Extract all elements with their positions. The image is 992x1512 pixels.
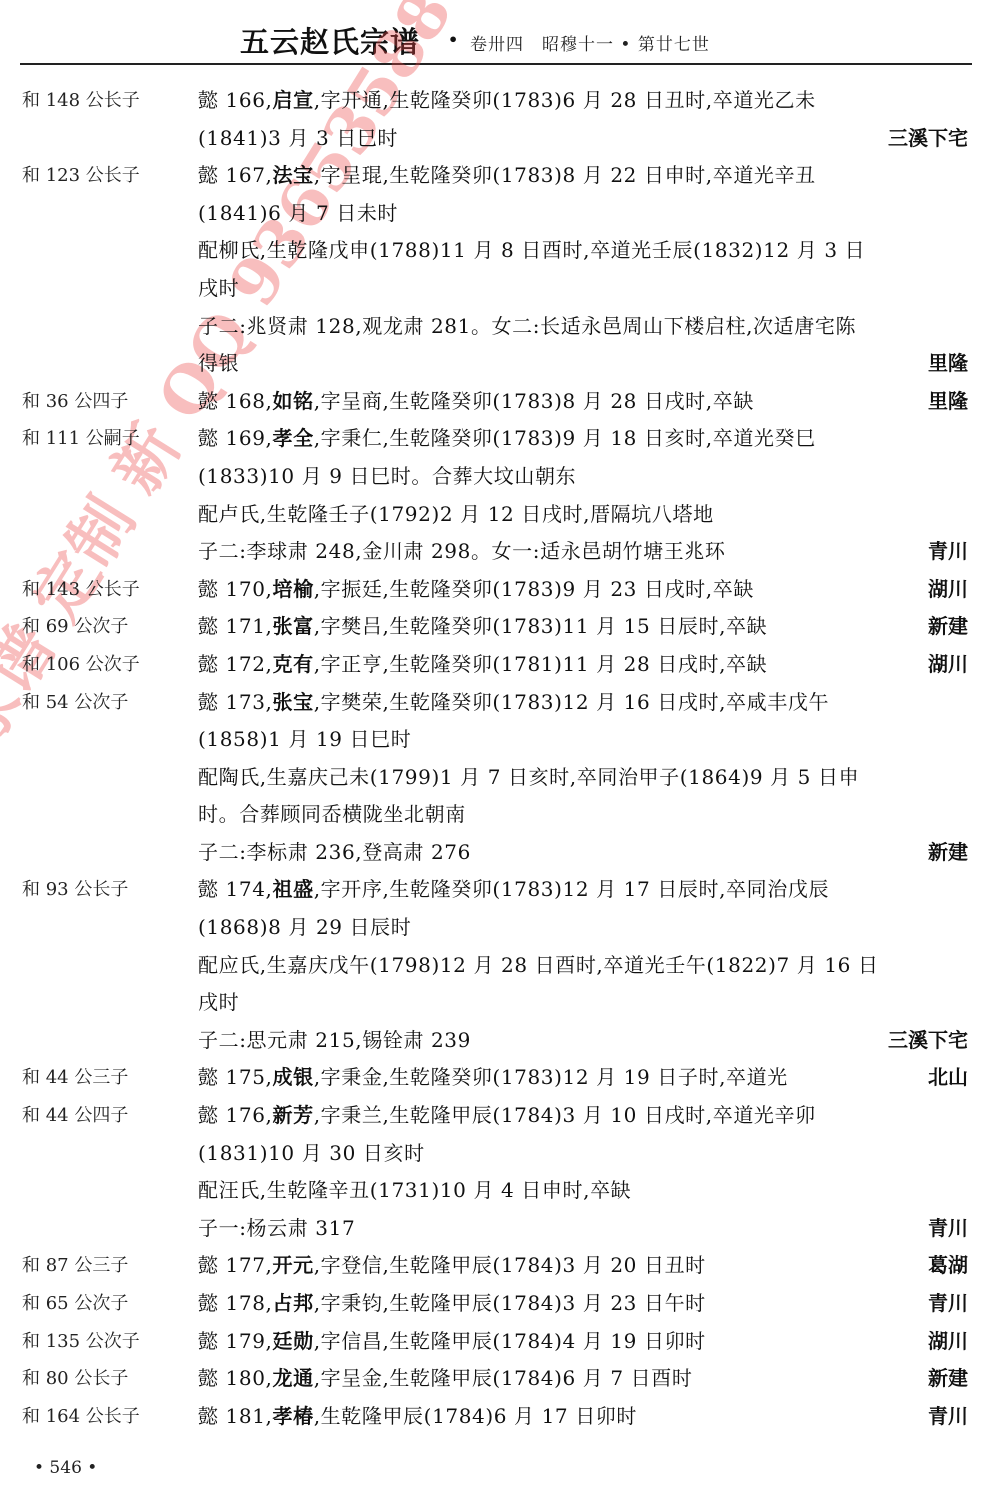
entry-body: ,字樊吕,生乾隆癸卯(1783)11 月 15 日辰时,卒缺 (314, 614, 768, 638)
person-name: 克有 (273, 652, 314, 676)
entry-line: 配汪氏,生乾隆辛丑(1731)10 月 4 日申时,卒缺 (0, 1172, 992, 1210)
entry-body: 配卢氏,生乾隆壬子(1792)2 月 12 日戌时,厝隔坑八塔地 (198, 502, 714, 526)
residence-place: 新建 (928, 834, 968, 872)
entry-id: 懿 171, (198, 614, 273, 638)
entry-line: 和 143 公长子懿 170,培榆,字振廷,生乾隆癸卯(1783)9 月 23 … (0, 571, 992, 609)
entry-body: ,字开序,生乾隆癸卯(1783)12 月 17 日辰时,卒同治戊辰 (314, 877, 829, 901)
entry-line: 和 111 公嗣子懿 169,孝全,字秉仁,生乾隆癸卯(1783)9 月 18 … (0, 420, 992, 458)
residence-place: 青川 (928, 1285, 968, 1323)
person-name: 成银 (273, 1065, 314, 1089)
entry-line: (1858)1 月 19 日巳时 (0, 721, 992, 759)
entry-text: 配汪氏,生乾隆辛丑(1731)10 月 4 日申时,卒缺 (198, 1172, 631, 1210)
entry-text: (1833)10 月 9 日巳时。合葬大坟山朝东 (198, 458, 576, 496)
entry-line: 和 44 公四子懿 176,新芳,字秉兰,生乾隆甲辰(1784)3 月 10 日… (0, 1097, 992, 1135)
parent-label: 和 123 公长子 (22, 157, 140, 195)
entry-text: 子二:思元肃 215,锡铨肃 239 (198, 1022, 471, 1060)
residence-place: 三溪下宅 (888, 1022, 968, 1060)
entry-line: 子二:兆贤肃 128,观龙肃 281。女二:长适永邑周山下楼启柱,次适唐宅陈 (0, 308, 992, 346)
entry-line: 子二:李球肃 248,金川肃 298。女一:适永邑胡竹塘王兆环青川 (0, 533, 992, 571)
entry-body: 子二:思元肃 215,锡铨肃 239 (198, 1028, 471, 1052)
entry-line: (1831)10 月 30 日亥时 (0, 1135, 992, 1173)
entry-text: 子二:李球肃 248,金川肃 298。女一:适永邑胡竹塘王兆环 (198, 533, 726, 571)
entry-body: 配陶氏,生嘉庆己未(1799)1 月 7 日亥时,卒同治甲子(1864)9 月 … (198, 765, 859, 789)
entry-body: ,字信昌,生乾隆甲辰(1784)4 月 19 日卯时 (314, 1329, 706, 1353)
entry-id: 懿 167, (198, 163, 273, 187)
entry-id: 懿 169, (198, 426, 273, 450)
entry-line: (1868)8 月 29 日辰时 (0, 909, 992, 947)
parent-label: 和 87 公三子 (22, 1247, 128, 1285)
entry-body: ,字秉兰,生乾隆甲辰(1784)3 月 10 日戌时,卒道光辛卯 (314, 1103, 816, 1127)
entry-text: 懿 173,张宝,字樊荣,生乾隆癸卯(1783)12 月 16 日戌时,卒咸丰戊… (198, 684, 829, 722)
parent-label: 和 36 公四子 (22, 383, 128, 421)
title-separator: • (448, 30, 458, 49)
entry-body: 子二:兆贤肃 128,观龙肃 281。女二:长适永邑周山下楼启柱,次适唐宅陈 (198, 314, 856, 338)
entry-text: 懿 170,培榆,字振廷,生乾隆癸卯(1783)9 月 23 日戌时,卒缺 (198, 571, 754, 609)
person-name: 开元 (273, 1253, 314, 1277)
entry-line: 和 106 公次子懿 172,克有,字正亨,生乾隆癸卯(1781)11 月 28… (0, 646, 992, 684)
residence-place: 湖川 (928, 1323, 968, 1361)
entry-body: 戌时 (198, 990, 239, 1014)
entry-id: 懿 178, (198, 1291, 273, 1315)
person-name: 祖盛 (273, 877, 314, 901)
header-rule (20, 63, 972, 65)
entry-id: 懿 175, (198, 1065, 273, 1089)
entry-text: 懿 169,孝全,字秉仁,生乾隆癸卯(1783)9 月 18 日亥时,卒道光癸巳 (198, 420, 816, 458)
entry-body: ,字正亨,生乾隆癸卯(1781)11 月 28 日戌时,卒缺 (314, 652, 768, 676)
book-title: 五云赵氏宗谱 (240, 20, 420, 61)
parent-label: 和 93 公长子 (22, 871, 128, 909)
volume-subtitle: 卷卅四 昭穆十一 • 第廿七世 (470, 30, 710, 55)
person-name: 占邦 (273, 1291, 314, 1315)
entry-id: 懿 170, (198, 577, 273, 601)
entry-line: 配卢氏,生乾隆壬子(1792)2 月 12 日戌时,厝隔坑八塔地 (0, 496, 992, 534)
entry-text: 懿 177,开元,字登信,生乾隆甲辰(1784)3 月 20 日丑时 (198, 1247, 706, 1285)
person-name: 龙通 (273, 1366, 314, 1390)
entry-text: 子一:杨云肃 317 (198, 1210, 355, 1248)
entry-body: ,字登信,生乾隆甲辰(1784)3 月 20 日丑时 (314, 1253, 706, 1277)
entry-body: 戌时 (198, 276, 239, 300)
entry-line: 和 65 公次子懿 178,占邦,字秉钧,生乾隆甲辰(1784)3 月 23 日… (0, 1285, 992, 1323)
entry-body: ,字振廷,生乾隆癸卯(1783)9 月 23 日戌时,卒缺 (314, 577, 754, 601)
entry-text: 配陶氏,生嘉庆己未(1799)1 月 7 日亥时,卒同治甲子(1864)9 月 … (198, 759, 859, 797)
entry-body: (1831)10 月 30 日亥时 (198, 1141, 425, 1165)
entry-line: 和 123 公长子懿 167,法宝,字呈琨,生乾隆癸卯(1783)8 月 22 … (0, 157, 992, 195)
entry-line: 子一:杨云肃 317青川 (0, 1210, 992, 1248)
entry-text: 懿 181,孝椿,生乾隆甲辰(1784)6 月 17 日卯时 (198, 1398, 637, 1436)
parent-label: 和 111 公嗣子 (22, 420, 140, 458)
parent-label: 和 143 公长子 (22, 571, 140, 609)
entry-body: ,字呈琨,生乾隆癸卯(1783)8 月 22 日申时,卒道光辛丑 (314, 163, 816, 187)
entry-body: 配柳氏,生乾隆戊申(1788)11 月 8 日酉时,卒道光壬辰(1832)12 … (198, 238, 865, 262)
parent-label: 和 80 公长子 (22, 1360, 128, 1398)
entry-id: 懿 172, (198, 652, 273, 676)
entry-line: 和 44 公三子懿 175,成银,字秉金,生乾隆癸卯(1783)12 月 19 … (0, 1059, 992, 1097)
entry-id: 懿 174, (198, 877, 273, 901)
entry-text: 懿 168,如铭,字呈商,生乾隆癸卯(1783)8 月 28 日戌时,卒缺 (198, 383, 754, 421)
entry-text: 懿 178,占邦,字秉钧,生乾隆甲辰(1784)3 月 23 日午时 (198, 1285, 706, 1323)
entry-line: 配陶氏,生嘉庆己未(1799)1 月 7 日亥时,卒同治甲子(1864)9 月 … (0, 759, 992, 797)
entry-text: 配卢氏,生乾隆壬子(1792)2 月 12 日戌时,厝隔坑八塔地 (198, 496, 714, 534)
entry-text: 配柳氏,生乾隆戊申(1788)11 月 8 日酉时,卒道光壬辰(1832)12 … (198, 232, 865, 270)
entry-id: 懿 173, (198, 690, 273, 714)
page-number: • 546 • (34, 1458, 97, 1478)
entry-body: ,字呈金,生乾隆甲辰(1784)6 月 7 日酉时 (314, 1366, 693, 1390)
parent-label: 和 65 公次子 (22, 1285, 128, 1323)
entry-body: (1841)6 月 7 日未时 (198, 201, 398, 225)
entry-body: ,生乾隆甲辰(1784)6 月 17 日卯时 (314, 1404, 637, 1428)
entry-body: 子二:李标肃 236,登高肃 276 (198, 840, 471, 864)
entry-text: 懿 167,法宝,字呈琨,生乾隆癸卯(1783)8 月 22 日申时,卒道光辛丑 (198, 157, 816, 195)
entry-text: 时。合葬顾同岙横陇坐北朝南 (198, 796, 466, 834)
entry-body: 得银 (198, 351, 239, 375)
entry-text: 子二:李标肃 236,登高肃 276 (198, 834, 471, 872)
entry-text: 戌时 (198, 984, 239, 1022)
entry-text: 懿 171,张富,字樊吕,生乾隆癸卯(1783)11 月 15 日辰时,卒缺 (198, 608, 767, 646)
entry-body: 配应氏,生嘉庆戊午(1798)12 月 28 日酉时,卒道光壬午(1822)7 … (198, 953, 879, 977)
person-name: 孝全 (273, 426, 314, 450)
residence-place: 三溪下宅 (888, 120, 968, 158)
parent-label: 和 148 公长子 (22, 82, 140, 120)
person-name: 如铭 (273, 389, 314, 413)
entry-text: (1831)10 月 30 日亥时 (198, 1135, 425, 1173)
entry-text: 懿 179,廷勋,字信昌,生乾隆甲辰(1784)4 月 19 日卯时 (198, 1323, 706, 1361)
entry-body: ,字呈商,生乾隆癸卯(1783)8 月 28 日戌时,卒缺 (314, 389, 754, 413)
entry-line: 时。合葬顾同岙横陇坐北朝南 (0, 796, 992, 834)
entry-body: ,字樊荣,生乾隆癸卯(1783)12 月 16 日戌时,卒咸丰戊午 (314, 690, 829, 714)
entry-line: 配柳氏,生乾隆戊申(1788)11 月 8 日酉时,卒道光壬辰(1832)12 … (0, 232, 992, 270)
person-name: 法宝 (273, 163, 314, 187)
entry-id: 懿 176, (198, 1103, 273, 1127)
person-name: 张宝 (273, 690, 314, 714)
entry-line: (1841)6 月 7 日未时 (0, 195, 992, 233)
entry-line: 和 148 公长子懿 166,启宣,字开通,生乾隆癸卯(1783)6 月 28 … (0, 82, 992, 120)
parent-label: 和 44 公三子 (22, 1059, 128, 1097)
parent-label: 和 106 公次子 (22, 646, 140, 684)
entry-line: 和 36 公四子懿 168,如铭,字呈商,生乾隆癸卯(1783)8 月 28 日… (0, 383, 992, 421)
entry-text: (1858)1 月 19 日巳时 (198, 721, 411, 759)
residence-place: 里隆 (928, 345, 968, 383)
entry-body: ,字开通,生乾隆癸卯(1783)6 月 28 日丑时,卒道光乙未 (314, 88, 816, 112)
entry-body: 子二:李球肃 248,金川肃 298。女一:适永邑胡竹塘王兆环 (198, 539, 726, 563)
parent-label: 和 69 公次子 (22, 608, 128, 646)
entry-line: 子二:李标肃 236,登高肃 276新建 (0, 834, 992, 872)
entry-id: 懿 177, (198, 1253, 273, 1277)
residence-place: 葛湖 (928, 1247, 968, 1285)
entry-body: ,字秉仁,生乾隆癸卯(1783)9 月 18 日亥时,卒道光癸巳 (314, 426, 816, 450)
entry-line: 和 69 公次子懿 171,张富,字樊吕,生乾隆癸卯(1783)11 月 15 … (0, 608, 992, 646)
residence-place: 青川 (928, 533, 968, 571)
entry-line: 戌时 (0, 984, 992, 1022)
residence-place: 青川 (928, 1210, 968, 1248)
entry-text: (1841)3 月 3 日巳时 (198, 120, 398, 158)
entry-text: 懿 175,成银,字秉金,生乾隆癸卯(1783)12 月 19 日子时,卒道光 (198, 1059, 788, 1097)
residence-place: 里隆 (928, 383, 968, 421)
person-name: 孝椿 (273, 1404, 314, 1428)
entry-body: (1868)8 月 29 日辰时 (198, 915, 411, 939)
person-name: 张富 (273, 614, 314, 638)
person-name: 新芳 (273, 1103, 314, 1127)
entry-text: (1868)8 月 29 日辰时 (198, 909, 411, 947)
genealogy-entries: 和 148 公长子懿 166,启宣,字开通,生乾隆癸卯(1783)6 月 28 … (0, 82, 992, 1435)
person-name: 启宣 (273, 88, 314, 112)
entry-line: 和 93 公长子懿 174,祖盛,字开序,生乾隆癸卯(1783)12 月 17 … (0, 871, 992, 909)
parent-label: 和 44 公四子 (22, 1097, 128, 1135)
entry-text: 戌时 (198, 270, 239, 308)
entry-body: (1841)3 月 3 日巳时 (198, 126, 398, 150)
parent-label: 和 164 公长子 (22, 1398, 140, 1436)
residence-place: 北山 (928, 1059, 968, 1097)
entry-text: 懿 174,祖盛,字开序,生乾隆癸卯(1783)12 月 17 日辰时,卒同治戊… (198, 871, 829, 909)
residence-place: 湖川 (928, 646, 968, 684)
entry-id: 懿 179, (198, 1329, 273, 1353)
entry-line: 和 80 公长子懿 180,龙通,字呈金,生乾隆甲辰(1784)6 月 7 日酉… (0, 1360, 992, 1398)
entry-text: 懿 176,新芳,字秉兰,生乾隆甲辰(1784)3 月 10 日戌时,卒道光辛卯 (198, 1097, 816, 1135)
entry-text: (1841)6 月 7 日未时 (198, 195, 398, 233)
entry-text: 子二:兆贤肃 128,观龙肃 281。女二:长适永邑周山下楼启柱,次适唐宅陈 (198, 308, 856, 346)
person-name: 廷勋 (273, 1329, 314, 1353)
page-header: 五云赵氏宗谱 • 卷卅四 昭穆十一 • 第廿七世 (0, 18, 992, 62)
entry-line: 和 164 公长子懿 181,孝椿,生乾隆甲辰(1784)6 月 17 日卯时青… (0, 1398, 992, 1436)
entry-text: 懿 180,龙通,字呈金,生乾隆甲辰(1784)6 月 7 日酉时 (198, 1360, 692, 1398)
entry-line: (1841)3 月 3 日巳时三溪下宅 (0, 120, 992, 158)
entry-body: 子一:杨云肃 317 (198, 1216, 355, 1240)
residence-place: 青川 (928, 1398, 968, 1436)
residence-place: 湖川 (928, 571, 968, 609)
entry-id: 懿 180, (198, 1366, 273, 1390)
entry-body: (1833)10 月 9 日巳时。合葬大坟山朝东 (198, 464, 576, 488)
entry-line: 和 135 公次子懿 179,廷勋,字信昌,生乾隆甲辰(1784)4 月 19 … (0, 1323, 992, 1361)
entry-text: 得银 (198, 345, 239, 383)
parent-label: 和 135 公次子 (22, 1323, 140, 1361)
entry-text: 懿 166,启宣,字开通,生乾隆癸卯(1783)6 月 28 日丑时,卒道光乙未 (198, 82, 816, 120)
residence-place: 新建 (928, 1360, 968, 1398)
parent-label: 和 54 公次子 (22, 684, 128, 722)
entry-line: 得银里隆 (0, 345, 992, 383)
entry-line: (1833)10 月 9 日巳时。合葬大坟山朝东 (0, 458, 992, 496)
entry-line: 和 87 公三子懿 177,开元,字登信,生乾隆甲辰(1784)3 月 20 日… (0, 1247, 992, 1285)
entry-body: ,字秉钧,生乾隆甲辰(1784)3 月 23 日午时 (314, 1291, 706, 1315)
entry-body: 时。合葬顾同岙横陇坐北朝南 (198, 802, 466, 826)
entry-id: 懿 166, (198, 88, 273, 112)
entry-id: 懿 168, (198, 389, 273, 413)
entry-line: 子二:思元肃 215,锡铨肃 239三溪下宅 (0, 1022, 992, 1060)
entry-line: 戌时 (0, 270, 992, 308)
person-name: 培榆 (273, 577, 314, 601)
entry-line: 配应氏,生嘉庆戊午(1798)12 月 28 日酉时,卒道光壬午(1822)7 … (0, 947, 992, 985)
entry-body: (1858)1 月 19 日巳时 (198, 727, 411, 751)
entry-body: 配汪氏,生乾隆辛丑(1731)10 月 4 日申时,卒缺 (198, 1178, 631, 1202)
entry-id: 懿 181, (198, 1404, 273, 1428)
entry-line: 和 54 公次子懿 173,张宝,字樊荣,生乾隆癸卯(1783)12 月 16 … (0, 684, 992, 722)
entry-text: 懿 172,克有,字正亨,生乾隆癸卯(1781)11 月 28 日戌时,卒缺 (198, 646, 767, 684)
entry-body: ,字秉金,生乾隆癸卯(1783)12 月 19 日子时,卒道光 (314, 1065, 788, 1089)
residence-place: 新建 (928, 608, 968, 646)
entry-text: 配应氏,生嘉庆戊午(1798)12 月 28 日酉时,卒道光壬午(1822)7 … (198, 947, 879, 985)
